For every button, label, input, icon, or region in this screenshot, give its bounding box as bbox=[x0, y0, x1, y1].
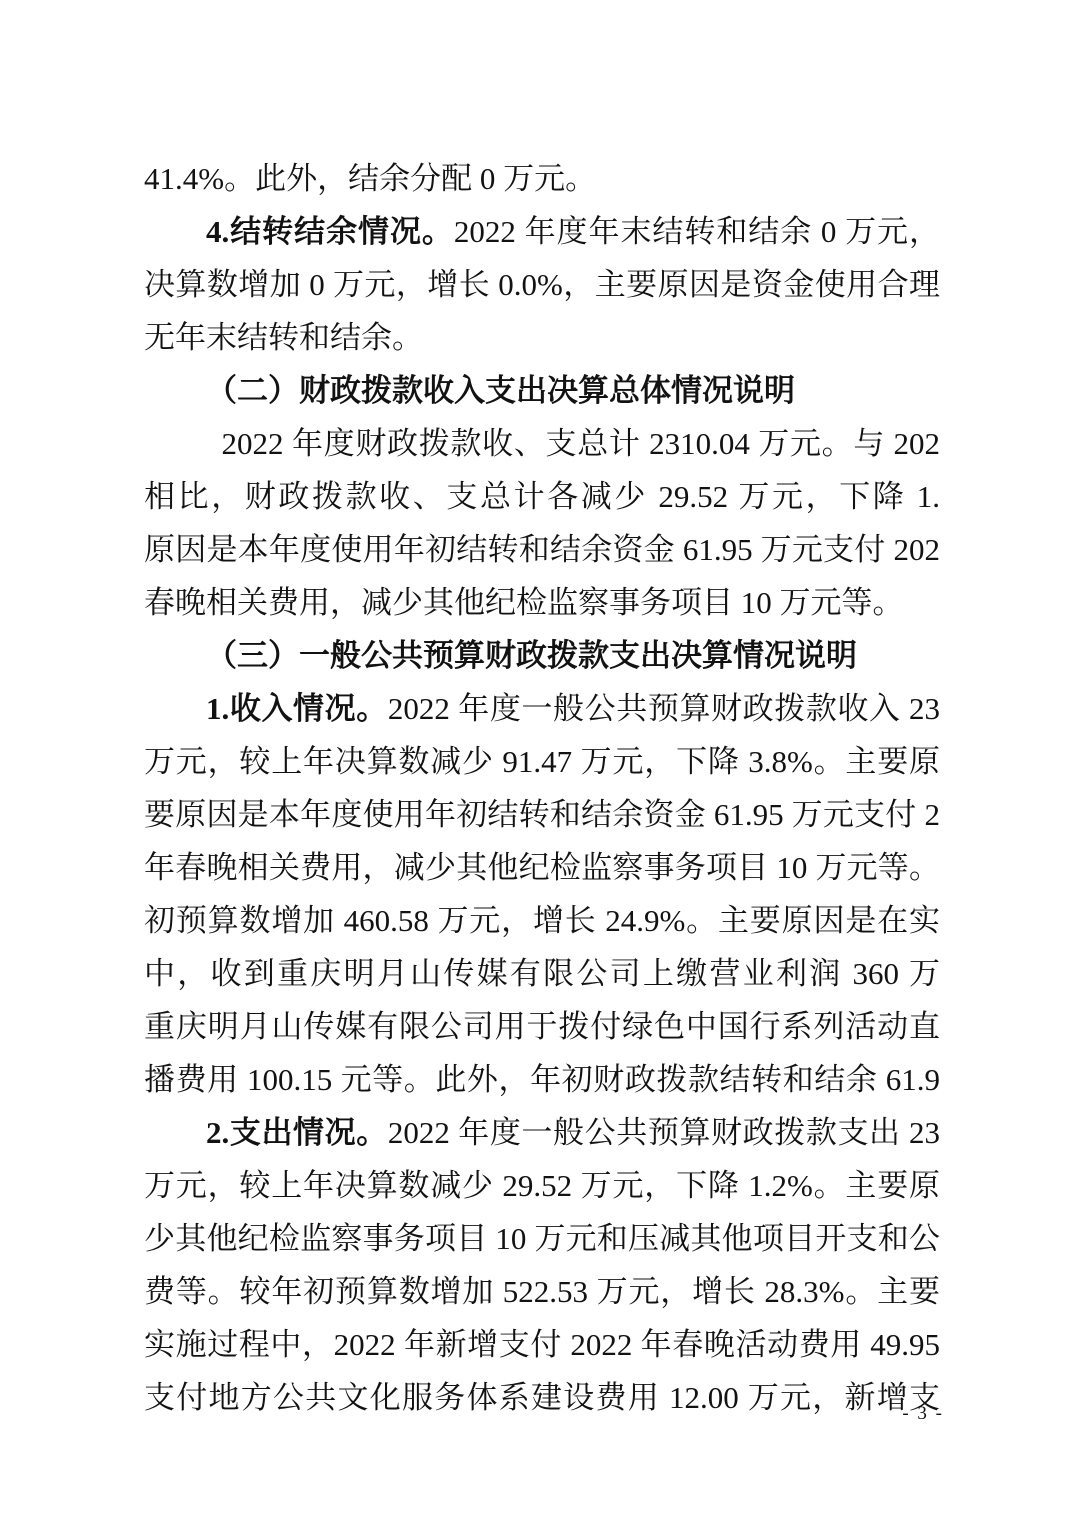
text-run: 决算数增加 0 万元，增长 0.0%，主要原因是资金使用合理规范， bbox=[144, 267, 940, 311]
text-line: 原因是本年度使用年初结转和结余资金 61.95 万元支付 2022 年 bbox=[144, 523, 940, 576]
heading-run: 2.支出情况。 bbox=[206, 1115, 388, 1150]
text-run: 2022 年度财政拨款收、支总计 2310.04 万元。与 2021 年 bbox=[144, 426, 940, 470]
text-line: 无年末结转和结余。 bbox=[144, 311, 940, 364]
text-run: 原因是本年度使用年初结转和结余资金 61.95 万元支付 2022 年 bbox=[144, 532, 940, 576]
text-run: 万元，较上年决算数减少 91.47 万元，下降 3.8%。主要原因是主 bbox=[144, 744, 940, 788]
heading-run: （二）财政拨款收入支出决算总体情况说明 bbox=[206, 373, 795, 408]
text-run: 相比，财政拨款收、支总计各减少 29.52 万元，下降 1.2%。主要 bbox=[144, 479, 940, 523]
text-run: 中，收到重庆明月山传媒有限公司上缴营业利润 360 万元、收到 bbox=[144, 956, 940, 1000]
text-line: 费等。较年初预算数增加 522.53 万元，增长 28.3%。主要原因在 bbox=[144, 1265, 940, 1318]
text-line: 中，收到重庆明月山传媒有限公司上缴营业利润 360 万元、收到 bbox=[144, 947, 940, 1000]
text-line: 年春晚相关费用，减少其他纪检监察事务项目 10 万元等。较年 bbox=[144, 841, 940, 894]
page-number: - 3 - bbox=[144, 1403, 944, 1425]
text-run: 初预算数增加 460.58 万元，增长 24.9%。主要原因是在实施过程 bbox=[144, 903, 940, 947]
text-line: 初预算数增加 460.58 万元，增长 24.9%。主要原因是在实施过程 bbox=[144, 894, 940, 947]
text-line: 2022 年度财政拨款收、支总计 2310.04 万元。与 2021 年 bbox=[144, 417, 940, 470]
text-line: 41.4%。此外，结余分配 0 万元。 bbox=[144, 152, 940, 205]
text-run: 41.4%。此外，结余分配 0 万元。 bbox=[144, 161, 596, 196]
text-line: （二）财政拨款收入支出决算总体情况说明 bbox=[144, 364, 940, 417]
text-run: 少其他纪检监察事务项目 10 万元和压减其他项目开支和公用经 bbox=[144, 1221, 940, 1265]
text-line: 1.收入情况。2022 年度一般公共预算财政拨款收入 2310.04 bbox=[144, 682, 940, 735]
heading-run: 4.结转结余情况。 bbox=[206, 214, 454, 249]
heading-run: （三）一般公共预算财政拨款支出决算情况说明 bbox=[206, 638, 857, 673]
document-page: 41.4%。此外，结余分配 0 万元。4.结转结余情况。2022 年度年末结转和… bbox=[0, 0, 1074, 1520]
text-line: 决算数增加 0 万元，增长 0.0%，主要原因是资金使用合理规范， bbox=[144, 258, 940, 311]
text-line: 相比，财政拨款收、支总计各减少 29.52 万元，下降 1.2%。主要 bbox=[144, 470, 940, 523]
text-line: 万元，较上年决算数减少 29.52 万元，下降 1.2%。主要原因是减 bbox=[144, 1159, 940, 1212]
text-line: 2.支出情况。2022 年度一般公共预算财政拨款支出 2371.99 bbox=[144, 1106, 940, 1159]
document-body: 41.4%。此外，结余分配 0 万元。4.结转结余情况。2022 年度年末结转和… bbox=[144, 152, 940, 1424]
text-line: 播费用 100.15 元等。此外，年初财政拨款结转和结余 61.95 万元。 bbox=[144, 1053, 940, 1106]
heading-run: 1.收入情况。 bbox=[206, 691, 388, 726]
text-run: 播费用 100.15 元等。此外，年初财政拨款结转和结余 61.95 万元。 bbox=[144, 1062, 940, 1106]
text-line: （三）一般公共预算财政拨款支出决算情况说明 bbox=[144, 629, 940, 682]
text-run: 春晚相关费用，减少其他纪检监察事务项目 10 万元等。 bbox=[144, 585, 904, 620]
text-run: 费等。较年初预算数增加 522.53 万元，增长 28.3%。主要原因在 bbox=[144, 1274, 940, 1318]
text-line: 实施过程中，2022 年新增支付 2022 年春晚活动费用 49.95 万元， bbox=[144, 1318, 940, 1371]
text-run: 年春晚相关费用，减少其他纪检监察事务项目 10 万元等。较年 bbox=[144, 850, 940, 894]
text-run: 万元，较上年决算数减少 29.52 万元，下降 1.2%。主要原因是减 bbox=[144, 1168, 940, 1212]
text-line: 4.结转结余情况。2022 年度年末结转和结余 0 万元，较上年 bbox=[144, 205, 940, 258]
text-line: 重庆明月山传媒有限公司用于拨付绿色中国行系列活动直播录 bbox=[144, 1000, 940, 1053]
text-line: 春晚相关费用，减少其他纪检监察事务项目 10 万元等。 bbox=[144, 576, 940, 629]
text-run: 重庆明月山传媒有限公司用于拨付绿色中国行系列活动直播录 bbox=[144, 1009, 940, 1053]
text-run: 无年末结转和结余。 bbox=[144, 320, 423, 355]
text-run: 要原因是本年度使用年初结转和结余资金 61.95 万元支付 2022 bbox=[144, 797, 940, 841]
text-line: 少其他纪检监察事务项目 10 万元和压减其他项目开支和公用经 bbox=[144, 1212, 940, 1265]
text-line: 万元，较上年决算数减少 91.47 万元，下降 3.8%。主要原因是主 bbox=[144, 735, 940, 788]
text-run: 实施过程中，2022 年新增支付 2022 年春晚活动费用 49.95 万元， bbox=[144, 1327, 940, 1371]
text-line: 要原因是本年度使用年初结转和结余资金 61.95 万元支付 2022 bbox=[144, 788, 940, 841]
